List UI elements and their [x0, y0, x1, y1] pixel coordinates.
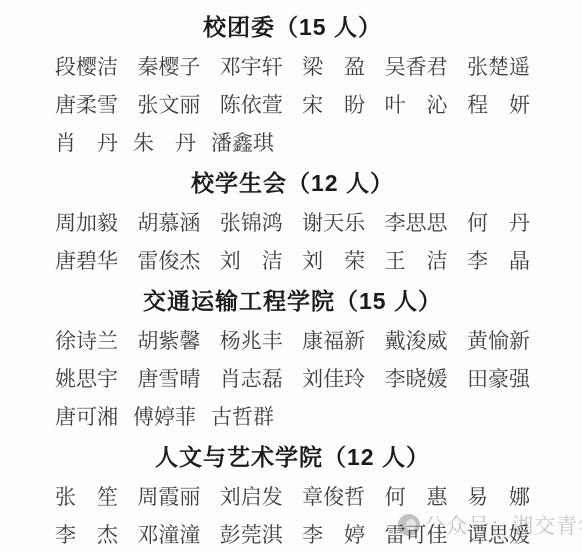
person-name: 张楚遥 [467, 48, 530, 86]
person-name: 邓宇轩 [220, 48, 283, 86]
person-name: 徐诗兰 [55, 322, 118, 360]
person-name: 唐柔雪 [55, 86, 118, 124]
person-name: 李思思 [385, 204, 448, 242]
person-name: 李 杰 [55, 516, 118, 552]
person-name: 彭莞淇 [220, 516, 283, 552]
person-name: 陈依萱 [220, 86, 283, 124]
person-name: 刘佳玲 [302, 360, 365, 398]
person-name: 刘启发 [220, 478, 283, 516]
person-name: 张 笙 [55, 478, 118, 516]
name-row: 李 杰邓潼潼彭莞淇李 婷雷可佳谭思媛 [55, 516, 530, 552]
person-name: 潘鑫琪 [211, 124, 274, 162]
person-name: 李晓媛 [385, 360, 448, 398]
person-name: 戴浚威 [385, 322, 448, 360]
person-name: 程 妍 [467, 86, 530, 124]
person-name: 田豪强 [467, 360, 530, 398]
person-name: 段樱洁 [55, 48, 118, 86]
section-title: 校学生会（12 人） [55, 162, 530, 204]
roster-document: 公众号：湘交青年 校团委（15 人）段樱洁秦樱子邓宇轩梁 盈吴香君张楚遥唐柔雪张… [0, 0, 582, 552]
person-name: 雷俊杰 [137, 242, 200, 280]
name-row: 姚思宇唐雪晴肖志磊刘佳玲李晓媛田豪强 [55, 360, 530, 398]
person-name: 姚思宇 [55, 360, 118, 398]
person-name: 朱 丹 [133, 124, 196, 162]
person-name: 何 惠 [385, 478, 448, 516]
person-name: 秦樱子 [137, 48, 200, 86]
person-name: 胡紫馨 [137, 322, 200, 360]
name-row: 张 笙周霞丽刘启发章俊哲何 惠易 娜 [55, 478, 530, 516]
person-name: 邓潼潼 [137, 516, 200, 552]
person-name: 古哲群 [211, 398, 274, 436]
person-name: 张锦鸿 [220, 204, 283, 242]
person-name: 周霞丽 [137, 478, 200, 516]
person-name: 易 娜 [467, 478, 530, 516]
person-name: 周加毅 [55, 204, 118, 242]
person-name: 肖 丹 [55, 124, 118, 162]
person-name: 何 丹 [467, 204, 530, 242]
person-name: 雷可佳 [385, 516, 448, 552]
person-name: 傅婷菲 [133, 398, 196, 436]
person-name: 谢天乐 [302, 204, 365, 242]
person-name: 张文丽 [137, 86, 200, 124]
person-name: 刘 荣 [302, 242, 365, 280]
person-name: 梁 盈 [302, 48, 365, 86]
person-name: 章俊哲 [302, 478, 365, 516]
person-name: 胡慕涵 [137, 204, 200, 242]
person-name: 黄愉新 [467, 322, 530, 360]
name-row: 段樱洁秦樱子邓宇轩梁 盈吴香君张楚遥 [55, 48, 530, 86]
person-name: 吴香君 [385, 48, 448, 86]
roster-sections: 校团委（15 人）段樱洁秦樱子邓宇轩梁 盈吴香君张楚遥唐柔雪张文丽陈依萱宋 盼叶… [55, 6, 530, 552]
person-name: 唐可湘 [55, 398, 118, 436]
person-name: 叶 沁 [385, 86, 448, 124]
name-row: 唐柔雪张文丽陈依萱宋 盼叶 沁程 妍 [55, 86, 530, 124]
person-name: 唐碧华 [55, 242, 118, 280]
person-name: 谭思媛 [467, 516, 530, 552]
person-name: 王 洁 [385, 242, 448, 280]
name-row: 周加毅胡慕涵张锦鸿谢天乐李思思何 丹 [55, 204, 530, 242]
person-name: 宋 盼 [302, 86, 365, 124]
name-row: 肖 丹朱 丹潘鑫琪 [55, 124, 530, 162]
person-name: 杨兆丰 [220, 322, 283, 360]
person-name: 刘 洁 [220, 242, 283, 280]
name-row: 唐可湘傅婷菲古哲群 [55, 398, 530, 436]
person-name: 李 晶 [467, 242, 530, 280]
section-title: 校团委（15 人） [55, 6, 530, 48]
person-name: 康福新 [302, 322, 365, 360]
person-name: 唐雪晴 [137, 360, 200, 398]
section-title: 人文与艺术学院（12 人） [55, 436, 530, 478]
person-name: 肖志磊 [220, 360, 283, 398]
name-row: 唐碧华雷俊杰刘 洁刘 荣王 洁李 晶 [55, 242, 530, 280]
person-name: 李 婷 [302, 516, 365, 552]
name-row: 徐诗兰胡紫馨杨兆丰康福新戴浚威黄愉新 [55, 322, 530, 360]
section-title: 交通运输工程学院（15 人） [55, 280, 530, 322]
